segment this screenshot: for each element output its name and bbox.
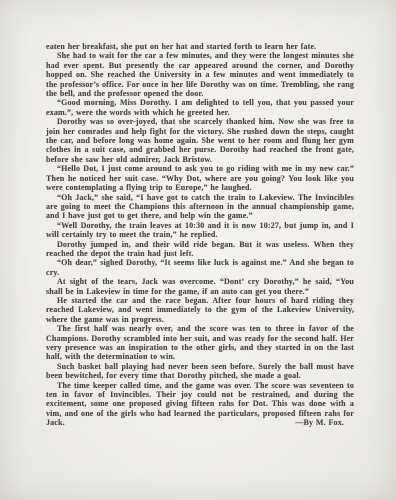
story-paragraph: “Hello Dot, I just come around to ask yo…	[46, 164, 354, 192]
author-byline: —By M. Fox.	[46, 418, 354, 427]
story-paragraph: Such basket ball playing had never been …	[46, 362, 354, 381]
story-paragraph: “Good morning, Miss Dorothy. I am deligh…	[46, 98, 354, 117]
story-paragraph: At sight of the tears, Jack was overcome…	[46, 277, 354, 296]
story-paragraph: “Well Dorothy, the train leaves at 10:30…	[46, 221, 354, 240]
scanned-page: eaten her breakfast, she put on her hat …	[0, 0, 396, 500]
story-paragraph: “Oh Jack,” she said, “I have got to catc…	[46, 193, 354, 221]
story-paragraph: “Oh dear,” sighed Dorothy, “It seems lik…	[46, 258, 354, 277]
story-paragraph: The first half was nearly over, and the …	[46, 324, 354, 362]
story-text-block: eaten her breakfast, she put on her hat …	[46, 42, 354, 428]
story-paragraph: He started the car and the race began. A…	[46, 296, 354, 324]
story-paragraph: Dorothy was so over-joyed, that she scar…	[46, 117, 354, 164]
story-paragraph: She had to wait for the car a few minute…	[46, 51, 354, 98]
story-paragraph: Dorothy jumped in, and their wild ride b…	[46, 240, 354, 259]
story-paragraph: eaten her breakfast, she put on her hat …	[46, 42, 354, 51]
